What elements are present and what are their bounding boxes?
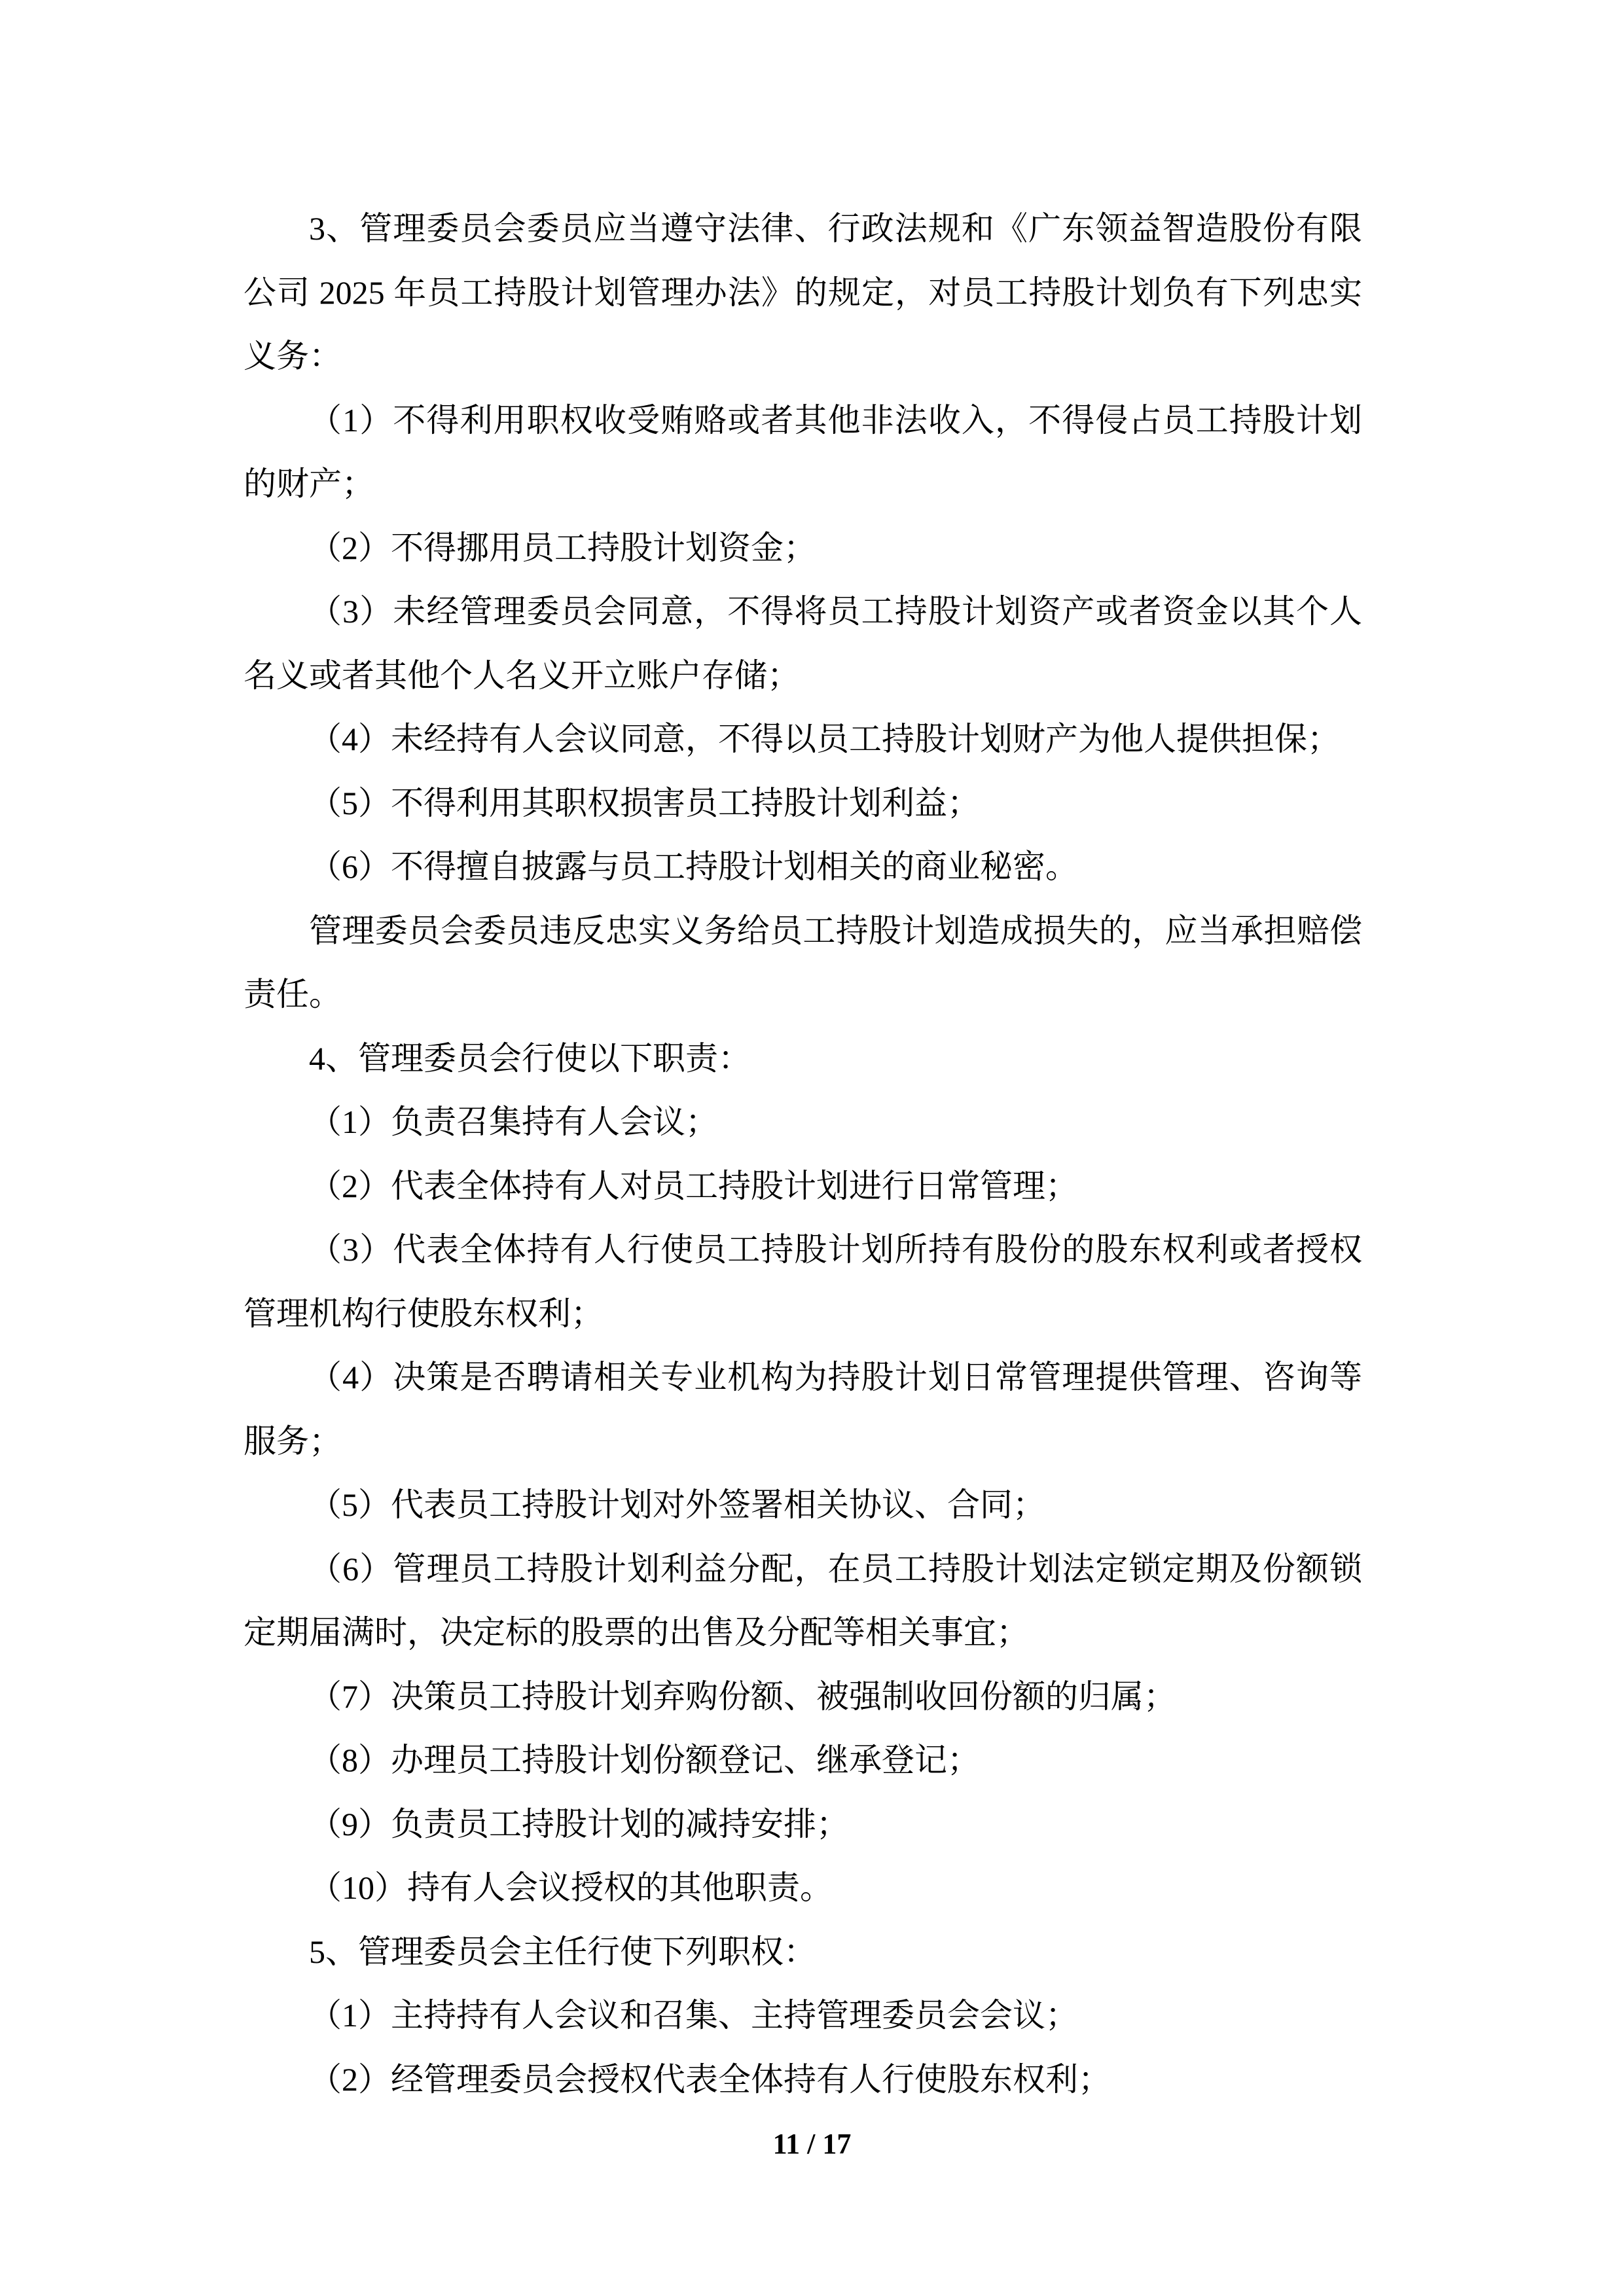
paragraph: （5）不得利用其职权损害员工持股计划利益； [244,772,1362,836]
paragraph: （2）代表全体持有人对员工持股计划进行日常管理； [244,1155,1362,1219]
paragraph: （3）未经管理委员会同意，不得将员工持股计划资产或者资金以其个人名义或者其他个人… [244,580,1362,708]
document-page: 3、管理委员会委员应当遵守法律、行政法规和《广东领益智造股份有限公司 2025 … [0,0,1624,2296]
paragraph: （4）未经持有人会议同意，不得以员工持股计划财产为他人提供担保； [244,708,1362,772]
paragraph: （1）主持持有人会议和召集、主持管理委员会会议； [244,1984,1362,2048]
paragraph: （2）不得挪用员工持股计划资金； [244,516,1362,581]
paragraph: （7）决策员工持股计划弃购份额、被强制收回份额的归属； [244,1665,1362,1729]
paragraph: （9）负责员工持股计划的减持安排； [244,1793,1362,1857]
paragraph: （5）代表员工持股计划对外签署相关协议、合同； [244,1473,1362,1537]
paragraph: 5、管理委员会主任行使下列职权： [244,1920,1362,1984]
document-body: 3、管理委员会委员应当遵守法律、行政法规和《广东领益智造股份有限公司 2025 … [244,197,1362,2111]
paragraph: （4）决策是否聘请相关专业机构为持股计划日常管理提供管理、咨询等服务； [244,1346,1362,1473]
paragraph: （1）不得利用职权收受贿赂或者其他非法收入，不得侵占员工持股计划的财产； [244,389,1362,516]
paragraph: （6）不得擅自披露与员工持股计划相关的商业秘密。 [244,835,1362,899]
paragraph: （8）办理员工持股计划份额登记、继承登记； [244,1729,1362,1793]
paragraph: （1）负责召集持有人会议； [244,1090,1362,1155]
paragraph: （2）经管理委员会授权代表全体持有人行使股东权利； [244,2048,1362,2112]
paragraph: 4、管理委员会行使以下职责： [244,1027,1362,1091]
paragraph: （3）代表全体持有人行使员工持股计划所持有股份的股东权利或者授权管理机构行使股东… [244,1218,1362,1346]
paragraph: （6）管理员工持股计划利益分配，在员工持股计划法定锁定期及份额锁定期届满时，决定… [244,1537,1362,1665]
paragraph: 管理委员会委员违反忠实义务给员工持股计划造成损失的，应当承担赔偿责任。 [244,899,1362,1027]
page-number: 11 / 17 [0,2128,1624,2160]
paragraph: （10）持有人会议授权的其他职责。 [244,1856,1362,1920]
paragraph: 3、管理委员会委员应当遵守法律、行政法规和《广东领益智造股份有限公司 2025 … [244,197,1362,389]
